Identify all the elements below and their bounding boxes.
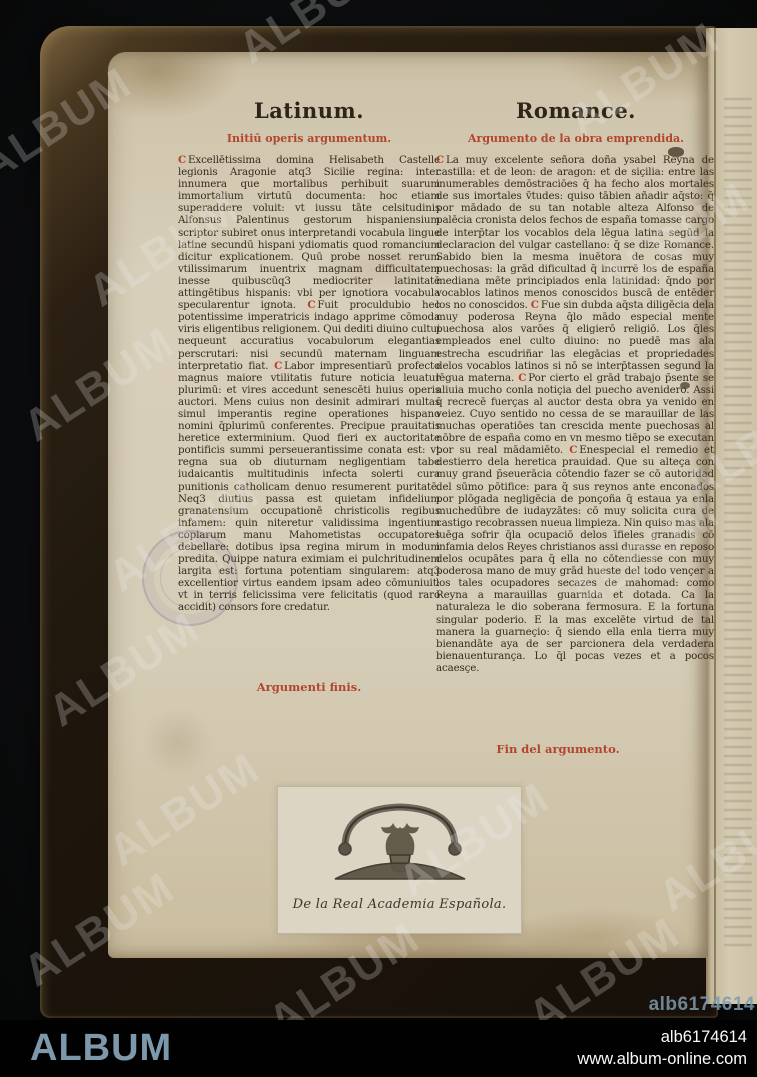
rae-emblem-icon <box>315 795 485 895</box>
column-header-latin: Latinum. <box>178 98 440 123</box>
pilcrow-mark: C <box>518 372 528 384</box>
page-crease <box>714 28 716 1004</box>
pilcrow-mark: C <box>307 299 317 311</box>
book-page: Latinum. Romance. Initiū operis argument… <box>108 52 708 958</box>
photo-background: Latinum. Romance. Initiū operis argument… <box>0 0 757 1020</box>
pilcrow-mark: C <box>274 360 284 372</box>
pilcrow-mark: C <box>436 154 446 166</box>
rubric-latin-end: Argumenti finis. <box>178 680 440 694</box>
library-stamp-slip: De la Real Academia Española. <box>277 786 522 934</box>
credit-bar: ALBUM alb6174614 www.album-online.com <box>0 1020 757 1077</box>
image-id: alb6174614 <box>577 1027 747 1048</box>
website-url: www.album-online.com <box>577 1049 747 1070</box>
album-logo: ALBUM <box>30 1027 172 1070</box>
latin-text-column: CExcellētissima domina Helisabeth Castel… <box>178 154 440 614</box>
stock-photo-page: Latinum. Romance. Initiū operis argument… <box>0 0 757 1077</box>
faint-stain <box>143 707 213 777</box>
stamp-caption: De la Real Academia Española. <box>293 897 507 912</box>
rubric-latin-subtitle: Initiū operis argumentum. <box>178 132 440 145</box>
latin-paragraph: Excellētissima domina Helisabeth Castell… <box>178 154 440 311</box>
facing-page-ghost-text <box>724 98 752 948</box>
image-id-watermark: alb6174614 <box>649 994 755 1016</box>
rubric-romance-subtitle: Argumento de la obra emprendida. <box>438 132 714 145</box>
romance-paragraph: La muy excelente señora doña ysabel Reyn… <box>436 154 714 311</box>
pilcrow-mark: C <box>531 299 541 311</box>
column-header-romance: Romance. <box>438 98 714 123</box>
water-stain <box>508 907 688 962</box>
rubric-romance-end: Fin del argumento. <box>438 742 678 756</box>
credit-info: alb6174614 www.album-online.com <box>577 1027 747 1070</box>
pilcrow-mark: C <box>178 154 188 166</box>
romance-paragraph: Enespecial el remedio et destierro dela … <box>436 444 714 674</box>
pilcrow-mark: C <box>569 444 579 456</box>
latin-paragraph: Labor impresentiarū profecto magnus maio… <box>178 360 440 614</box>
romance-text-column: CLa muy excelente señora doña ysabel Rey… <box>436 154 714 674</box>
